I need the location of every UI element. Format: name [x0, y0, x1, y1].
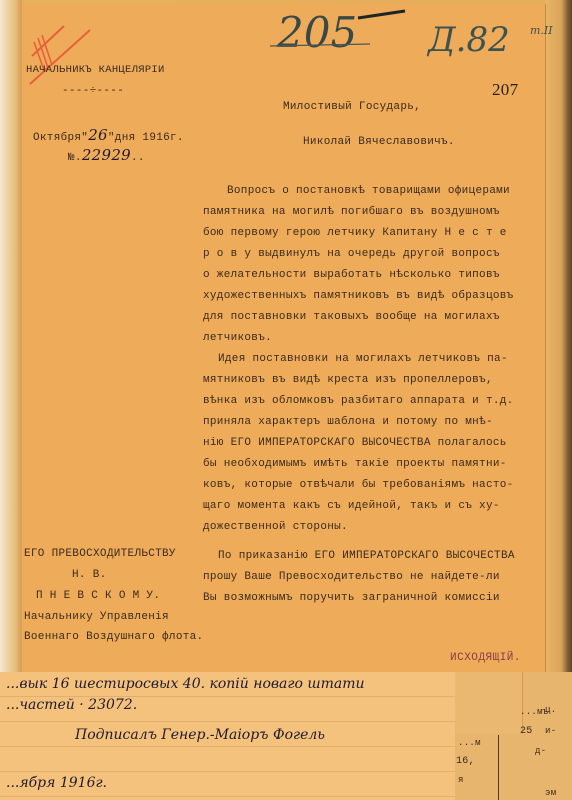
body-line: вѣнка изъ обломковъ разбитаго аппарата и…	[203, 395, 514, 407]
date-day: 26	[88, 126, 108, 144]
note-signature: Подписалъ Генер.-Маiоръ Фогель	[75, 727, 325, 743]
red-pencil-mark-icon	[22, 18, 92, 88]
body-line: мятниковъ въ видѣ креста изъ пропеллеров…	[203, 374, 493, 386]
body-line: По приказанiю ЕГО ИМПЕРАТОРСКАГО ВЫСОЧЕС…	[218, 550, 515, 562]
document-scan: 205 Д.82 т.II 207 НАЧАЛЬНИКЪ КАНЦЕЛЯРIИ …	[0, 0, 572, 800]
body-line: Вы возможнымъ поручить заграничной комис…	[203, 592, 500, 604]
outgoing-number-value: 22929	[82, 146, 131, 164]
fragment: ...м	[458, 738, 481, 748]
body-line: прошу Ваше Превосходительство не найдете…	[203, 571, 500, 583]
body-line: р о в у выдвинулъ на очередь другой вопр…	[203, 248, 500, 260]
body-line: о желательности выработать нѣсколько тип…	[203, 269, 500, 281]
strike-line-icon	[270, 8, 410, 48]
body-line: приняла характеръ шаблона и потому по мн…	[203, 416, 493, 428]
card-flap	[455, 672, 523, 734]
folio-number: Д.82	[428, 20, 510, 60]
fragment: эм	[545, 788, 556, 798]
body-line: художественныхъ памятниковъ въ видѣ обра…	[203, 290, 514, 302]
body-line: бою первому герою летчику Капитану Н е с…	[203, 227, 507, 239]
note-line-2: ...частей · 23072.	[6, 697, 137, 713]
body-line: памятника на могилѣ погибшаго въ воздушн…	[203, 206, 500, 218]
body-line: для поставновки таковыхъ вообще на могил…	[203, 311, 500, 323]
fragment: я	[458, 775, 464, 785]
addressee-position: Начальнику Управленiя	[24, 611, 169, 623]
addressee-initials: Н. В.	[72, 569, 107, 581]
body-line: нiю ЕГО ИМПЕРАТОРСКАГО ВЫСОЧЕСТВА полага…	[203, 437, 507, 449]
note-date: ...ября 1916г.	[6, 775, 107, 791]
fragment: 16,	[456, 756, 475, 767]
fragment: 25	[520, 726, 533, 737]
body-line: Идея поставновки на могилахъ летчиковъ п…	[218, 353, 508, 365]
outgoing-number: №.22929..	[68, 146, 145, 164]
note-line-1: ...вык 16 шестиросвых 40. копiй новаго ш…	[6, 676, 365, 692]
volume-mark: т.II	[530, 24, 553, 37]
addressee-surname: П Н Е В С К О М У.	[36, 590, 160, 602]
addressee-department: Военнаго Воздушнаго флота.	[24, 631, 203, 643]
salutation-line-1: Милостивый Государь,	[283, 101, 421, 113]
office-heading: НАЧАЛЬНИКЪ КАНЦЕЛЯРIИ	[26, 64, 165, 76]
body-line: Вопросъ о постановкѣ товарищами офицерам…	[227, 185, 510, 197]
fragment: ц.	[545, 705, 556, 715]
fragment: д-	[535, 746, 546, 756]
addressee-title: ЕГО ПРЕВОСХОДИТЕЛЬСТВУ	[24, 548, 176, 560]
body-line: щаго момента какъ съ идейной, такъ и съ …	[203, 500, 500, 512]
body-line: дожественной стороны.	[203, 521, 348, 533]
date-line: Октября"26"дня 1916г.	[33, 126, 184, 144]
fragment: и-	[545, 726, 556, 736]
body-line: ковъ, которые отвѣчали бы требованiямъ н…	[203, 479, 514, 491]
body-line: бы необходимымъ имѣть такiе проекты памя…	[203, 458, 507, 470]
page-number: 207	[492, 80, 518, 100]
card-divider-line	[498, 735, 499, 800]
salutation-line-2: Николай Вячеславовичъ.	[303, 136, 455, 148]
body-line: летчиковъ.	[203, 332, 272, 344]
header-divider: ----÷----	[62, 85, 124, 97]
outgoing-stamp: ИСХОДЯЩIЙ.	[450, 652, 521, 664]
